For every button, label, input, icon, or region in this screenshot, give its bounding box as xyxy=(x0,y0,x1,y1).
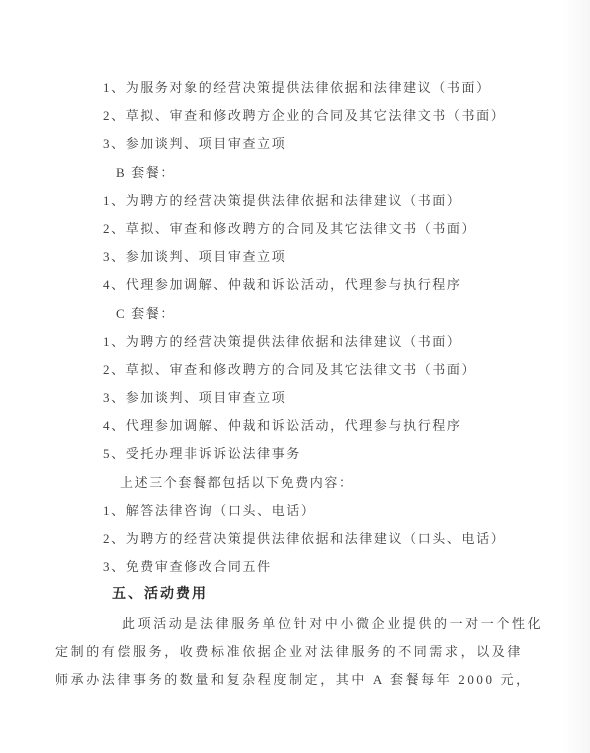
package-a-item: 1、为服务对象的经营决策提供法律依据和法律建议（书面） xyxy=(55,74,550,102)
package-b-item: 1、为聘方的经营决策提供法律依据和法律建议（书面） xyxy=(55,187,550,215)
package-c-item: 5、受托办理非诉诉讼法律事务 xyxy=(55,440,550,468)
document-page: 1、为服务对象的经营决策提供法律依据和法律建议（书面） 2、草拟、审查和修改聘方… xyxy=(0,0,590,753)
package-c-item: 3、参加谈判、项目审查立项 xyxy=(55,384,550,412)
section-heading: 五、活动费用 xyxy=(55,581,550,609)
package-a-item: 2、草拟、审查和修改聘方企业的合同及其它法律文书（书面） xyxy=(55,102,550,130)
package-a-item: 3、参加谈判、项目审查立项 xyxy=(55,130,550,158)
free-content-item: 3、免费审查修改合同五件 xyxy=(55,553,550,581)
package-b-header: B 套餐： xyxy=(55,159,550,187)
document-body: 1、为服务对象的经营决策提供法律依据和法律建议（书面） 2、草拟、审查和修改聘方… xyxy=(55,74,550,694)
section-paragraph-line: 定制的有偿服务，收费标准依据企业对法律服务的不同需求，以及律 xyxy=(55,638,550,666)
free-content-item: 2、为聘方的经营决策提供法律依据和法律建议（口头、电话） xyxy=(55,525,550,553)
package-b-item: 2、草拟、审查和修改聘方的合同及其它法律文书（书面） xyxy=(55,215,550,243)
section-paragraph-line: 此项活动是法律服务单位针对中小微企业提供的一对一个性化 xyxy=(55,610,550,638)
package-b-item: 4、代理参加调解、仲裁和诉讼活动，代理参与执行程序 xyxy=(55,271,550,299)
section-paragraph-line: 师承办法律事务的数量和复杂程度制定，其中 A 套餐每年 2000 元， xyxy=(55,666,550,694)
package-c-item: 1、为聘方的经营决策提供法律依据和法律建议（书面） xyxy=(55,328,550,356)
package-c-item: 2、草拟、审查和修改聘方的合同及其它法律文书（书面） xyxy=(55,356,550,384)
free-content-item: 1、解答法律咨询（口头、电话） xyxy=(55,497,550,525)
package-c-header: C 套餐： xyxy=(55,300,550,328)
free-content-intro: 上述三个套餐都包括以下免费内容： xyxy=(55,469,550,497)
package-b-item: 3、参加谈判、项目审查立项 xyxy=(55,243,550,271)
package-c-item: 4、代理参加调解、仲裁和诉讼活动，代理参与执行程序 xyxy=(55,412,550,440)
